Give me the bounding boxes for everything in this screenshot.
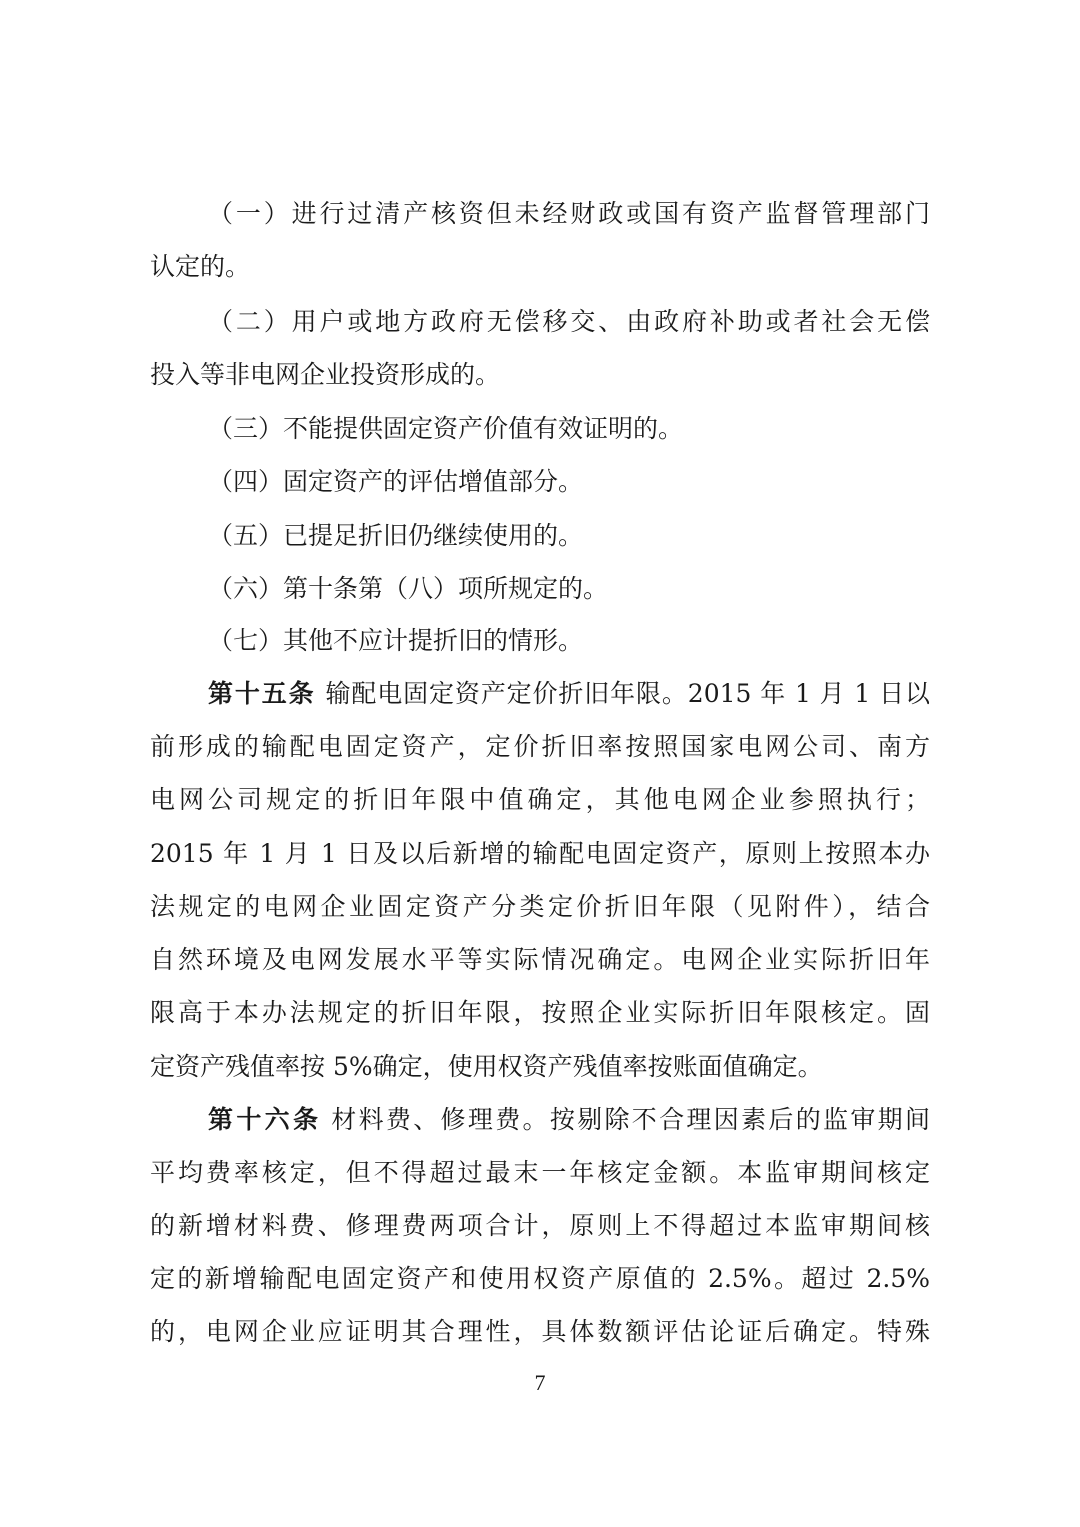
article-15-heading: 第十五条 — [208, 679, 316, 708]
article-16-line-5: 的，电网企业应证明其合理性，具体数额评估论证后确定。特殊 — [150, 1312, 930, 1352]
item-4-line: （四）固定资产的评估增值部分。 — [208, 462, 930, 502]
article-15-line-8: 定资产残值率按 5%确定，使用权资产残值率按账面值确定。 — [150, 1047, 930, 1087]
item-6-line: （六）第十条第（八）项所规定的。 — [208, 569, 930, 609]
article-16-first-line-text: 材料费、修理费。按剔除不合理因素后的监审期间 — [331, 1105, 930, 1134]
item-1-line-1: （一）进行过清产核资但未经财政或国有资产监督管理部门 — [208, 194, 930, 234]
page-number: 7 — [0, 1370, 1080, 1396]
article-15-line-3: 电网公司规定的折旧年限中值确定，其他电网企业参照执行； — [150, 780, 930, 820]
item-3-line: （三）不能提供固定资产价值有效证明的。 — [208, 409, 930, 449]
article-15-first-line: 第十五条输配电固定资产定价折旧年限。2015 年 1 月 1 日以 — [208, 674, 930, 714]
article-15-line-6: 自然环境及电网发展水平等实际情况确定。电网企业实际折旧年 — [150, 940, 930, 980]
article-15-line-2: 前形成的输配电固定资产，定价折旧率按照国家电网公司、南方 — [150, 727, 930, 767]
article-15-line-7: 限高于本办法规定的折旧年限，按照企业实际折旧年限核定。固 — [150, 993, 930, 1033]
article-15-line-5: 法规定的电网企业固定资产分类定价折旧年限（见附件），结合 — [150, 887, 930, 927]
article-16-heading: 第十六条 — [208, 1105, 321, 1134]
item-2-line-2: 投入等非电网企业投资形成的。 — [150, 355, 930, 395]
item-5-line: （五）已提足折旧仍继续使用的。 — [208, 516, 930, 556]
item-1-line-2: 认定的。 — [150, 247, 930, 287]
article-15-line-4: 2015 年 1 月 1 日及以后新增的输配电固定资产，原则上按照本办 — [150, 834, 930, 874]
article-16-first-line: 第十六条材料费、修理费。按剔除不合理因素后的监审期间 — [208, 1100, 930, 1140]
article-16-line-4: 定的新增输配电固定资产和使用权资产原值的 2.5%。超过 2.5% — [150, 1259, 930, 1299]
article-15-first-line-text: 输配电固定资产定价折旧年限。2015 年 1 月 1 日以 — [326, 679, 930, 708]
item-2-line-1: （二）用户或地方政府无偿移交、由政府补助或者社会无偿 — [208, 302, 930, 342]
article-16-line-3: 的新增材料费、修理费两项合计，原则上不得超过本监审期间核 — [150, 1206, 930, 1246]
article-16-line-2: 平均费率核定，但不得超过最末一年核定金额。本监审期间核定 — [150, 1153, 930, 1193]
item-7-line: （七）其他不应计提折旧的情形。 — [208, 621, 930, 661]
